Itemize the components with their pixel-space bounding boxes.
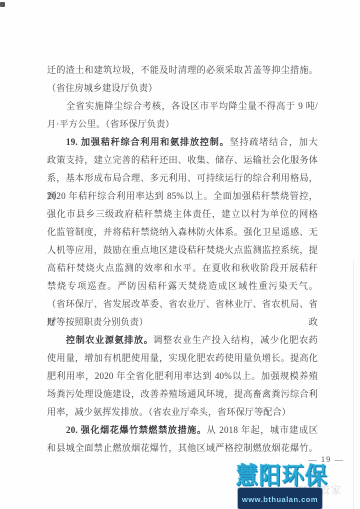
text-line: 2020 年秸秆综合利用率达到 85%以上。全面加强秸秆禁烧管控， [47,187,318,205]
body-segment: 人机等应用，鼓励在重点地区建设秸秆焚烧火点监测监控系统，提 [47,245,318,255]
body-segment: 肥利用率，2020 年全省化肥利用率达到 40%以上。加强规模养殖 [47,371,318,381]
body-segment: 和县城全面禁止燃放烟花爆竹，其他区域严格控制燃放烟花爆竹。 [47,443,318,453]
watermark: 环保管家 慧阳环保 www.bthualan.com [236,462,356,506]
text-line: 政策支持，建立完善的秸秆还田、收集、储存、运输社会化服务体 [47,151,318,169]
text-line: （省住房城乡建设厅负责） [47,79,318,97]
body-segment: 从 2018 年起，城市建成区 [207,425,318,435]
body-segment: （省住房城乡建设厅负责） [47,83,157,93]
watermark-brand-logo: 慧阳环保 [236,463,328,488]
text-line: 禁烧专项巡查。严防因秸秆露天焚烧造成区域性重污染天气。 [47,277,318,295]
text-line: 全省实施降尘综合考核，各设区市平均降尘量不得高于 9 吨/ [47,97,318,115]
heading-segment: 控制农业源氨排放。 [66,335,153,345]
text-line: 和县城全面禁止燃放烟花爆竹，其他区域严格控制燃放烟花爆竹。 [47,439,318,457]
body-segment: 全省实施降尘综合考核，各设区市平均降尘量不得高于 9 吨/ [66,101,318,111]
text-line: 19. 加强秸秆综合利用和氨排放控制。坚持疏堵结合，加大 [47,133,318,151]
body-segment: 强化市县乡三级政府秸秆禁烧主体责任，建立以村为单位的网格 [47,209,318,219]
text-block: 迁的渣土和建筑垃圾，不能及时清理的必须采取苫盖等抑尘措施。（省住房城乡建设厅负责… [47,61,318,457]
watermark-url-box: www.bthualan.com [238,488,322,509]
text-line: （省环保厅、省发展改革委、省农业厅、省林业厅、省农机局、省财政 [47,295,318,313]
text-line: 20. 强化烟花爆竹禁燃禁放措施。从 2018 年起，城市建成区 [47,421,318,439]
body-segment: 厅等按照职责分别负责） [47,317,148,327]
heading-segment: 20. 强化烟花爆竹禁燃禁放措施。 [66,425,207,435]
text-line: 化监管制度，并将秸秆禁烧纳入森林防火体系。强化卫星遥感、无 [47,223,318,241]
text-line: 场粪污处理设施建设，改善养殖场通风环境，提高畜禽粪污综合利 [47,385,318,403]
text-line: 用率，减少氨挥发排放。（省农业厅牵头，省环保厅等配合） [47,403,318,421]
heading-segment: 19. 加强秸秆综合利用和氨排放控制。 [66,137,230,147]
text-line: 月·平方公里。（省环保厅负责） [47,115,318,133]
body-segment: 化监管制度，并将秸秆禁烧纳入森林防火体系。强化卫星遥感、无 [47,227,318,237]
body-segment: 使用量，增加有机肥使用量，实现化肥农药使用量负增长。提高化 [47,353,318,363]
watermark-url: www.bthualan.com [242,495,318,504]
body-segment: 调整农业生产投入结构，减少化肥农药 [153,335,318,345]
text-line: 人机等应用，鼓励在重点地区建设秸秆焚烧火点监测监控系统，提 [47,241,318,259]
body-segment: 高秸秆焚烧火点监测的效率和水平。在夏收和秋收阶段开展秸秆 [47,263,318,273]
text-line: 使用量，增加有机肥使用量，实现化肥农药使用量负增长。提高化 [47,349,318,367]
body-segment: 月·平方公里。（省环保厅负责） [47,119,175,129]
text-line: 高秸秆焚烧火点监测的效率和水平。在夏收和秋收阶段开展秸秆 [47,259,318,277]
document-page: 迁的渣土和建筑垃圾，不能及时清理的必须采取苫盖等抑尘措施。（省住房城乡建设厅负责… [0,0,360,509]
body-segment: 迁的渣土和建筑垃圾，不能及时清理的必须采取苫盖等抑尘措施。 [47,65,318,75]
text-line: 迁的渣土和建筑垃圾，不能及时清理的必须采取苫盖等抑尘措施。 [47,61,318,79]
body-segment: 场粪污处理设施建设，改善养殖场通风环境，提高畜禽粪污综合利 [47,389,318,399]
body-segment: 用率，减少氨挥发排放。（省农业厅牵头，省环保厅等配合） [47,407,291,417]
text-line: 控制农业源氨排放。调整农业生产投入结构，减少化肥农药 [47,331,318,349]
body-segment: 政策支持，建立完善的秸秆还田、收集、储存、运输社会化服务体 [47,155,318,165]
body-segment: 坚持疏堵结合，加大 [230,137,318,147]
body-segment: 禁烧专项巡查。严防因秸秆露天焚烧造成区域性重污染天气。 [47,281,318,291]
text-line: 强化市县乡三级政府秸秆禁烧主体责任，建立以村为单位的网格 [47,205,318,223]
scan-artifact [0,2,5,7]
text-line: 系，基本形成布局合理、多元利用、可持续运行的综合利用格局，到 [47,169,318,187]
text-line: 肥利用率，2020 年全省化肥利用率达到 40%以上。加强规模养殖 [47,367,318,385]
body-segment: 2020 年秸秆综合利用率达到 85%以上。全面加强秸秆禁烧管控， [47,191,318,201]
